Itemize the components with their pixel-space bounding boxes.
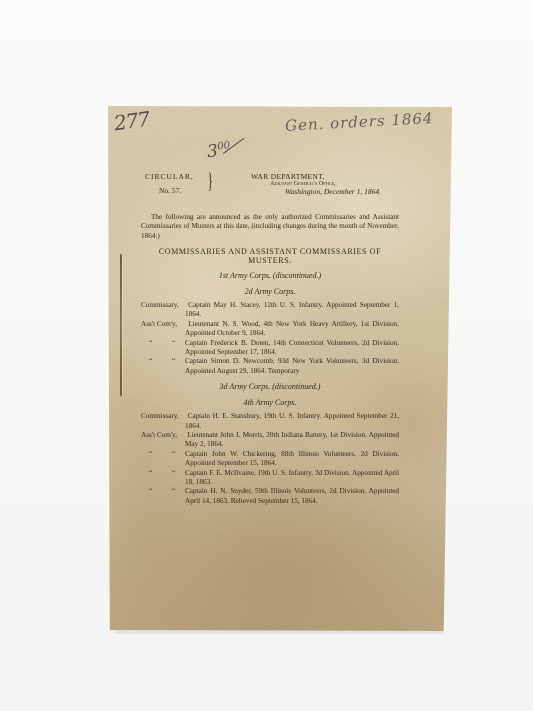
entry-row: “ “Captain F. E. McIlvaine, 19th U. S. I… [141,469,399,488]
entry-row: “ “Captain John W. Chickering, 88th Illi… [141,450,399,469]
brace-glyph: } [208,170,213,192]
entry-role: Ass't Com'y, [141,320,185,329]
entry-role-ditto: “ “ [141,450,185,459]
entry-text: Captain Frederick B. Doten, 14th Connect… [185,339,399,356]
photo-backdrop: 277 300 Gen. orders 1864 CIRCULAR, No. 5… [0,0,533,711]
place-date: Washington, December 1, 1864. [285,187,381,196]
entry-role-ditto: “ “ [141,357,185,366]
entry-row: “ “Captain Frederick B. Doten, 14th Conn… [141,339,399,358]
entry-text: Captain H. E. Stansbury, 19th U. S. Infa… [185,412,399,429]
section-heading-3d-corps: 3d Army Corps. (discontinued.) [141,382,399,391]
entry-text: Captain F. E. McIlvaine, 19th U. S. Infa… [185,469,399,486]
price-cents: 00 [217,140,231,152]
entry-role-ditto: “ “ [141,469,185,478]
entry-row: Ass't Com'y, Lieutenant N. S. Wood, 4th … [141,320,399,339]
handwritten-note: Gen. orders 1864 [285,109,434,135]
section-heading-2d-corps: 2d Army Corps. [141,287,399,296]
circular-number: No. 57. [159,186,181,195]
entry-role: Ass't Com'y, [141,431,185,440]
section-heading-1st-corps: 1st Army Corps. (discontinued.) [141,271,399,280]
entry-text: Captain H. N. Snyder, 59th Illinois Volu… [185,487,399,504]
entry-role-ditto: “ “ [141,487,185,496]
binding-stitch [120,254,122,396]
entry-row: “ “Captain Simon D. Newcomb, 93d New Yor… [141,357,399,376]
circular-label: CIRCULAR, [145,172,194,181]
entry-row: Ass't Com'y, Lieutenant John J. Morris, … [141,431,399,450]
entry-role: Commissary, [141,412,185,421]
handwritten-catalog-number: 277 [113,107,151,136]
document-title: COMMISSARIES AND ASSISTANT COMMISSARIES … [141,247,399,265]
entry-text: Captain John W. Chickering, 88th Illinoi… [185,450,399,467]
handwritten-price: 300 [206,140,232,162]
section-heading-4th-corps: 4th Army Corps. [141,398,399,407]
intro-paragraph: The following are announced as the only … [141,213,399,241]
office-name: Adjutant General's Office, [270,180,336,187]
circular-document: 277 300 Gen. orders 1864 CIRCULAR, No. 5… [107,106,452,631]
entry-text: Lieutenant N. S. Wood, 4th New York Heav… [185,320,399,337]
entry-text: Captain May H. Stacey, 12th U. S. Infant… [185,301,399,318]
document-body: The following are announced as the only … [141,213,399,506]
entry-role: Commissary, [141,301,185,310]
entry-text: Lieutenant John J. Morris, 20th Indiana … [185,431,399,448]
entry-role-ditto: “ “ [141,339,185,348]
entry-row: “ “Captain H. N. Snyder, 59th Illinois V… [141,487,399,506]
entry-row: Commissary, Captain H. E. Stansbury, 19t… [141,412,399,431]
entry-text: Captain Simon D. Newcomb, 93d New York V… [185,357,399,374]
entry-row: Commissary, Captain May H. Stacey, 12th … [141,301,399,320]
